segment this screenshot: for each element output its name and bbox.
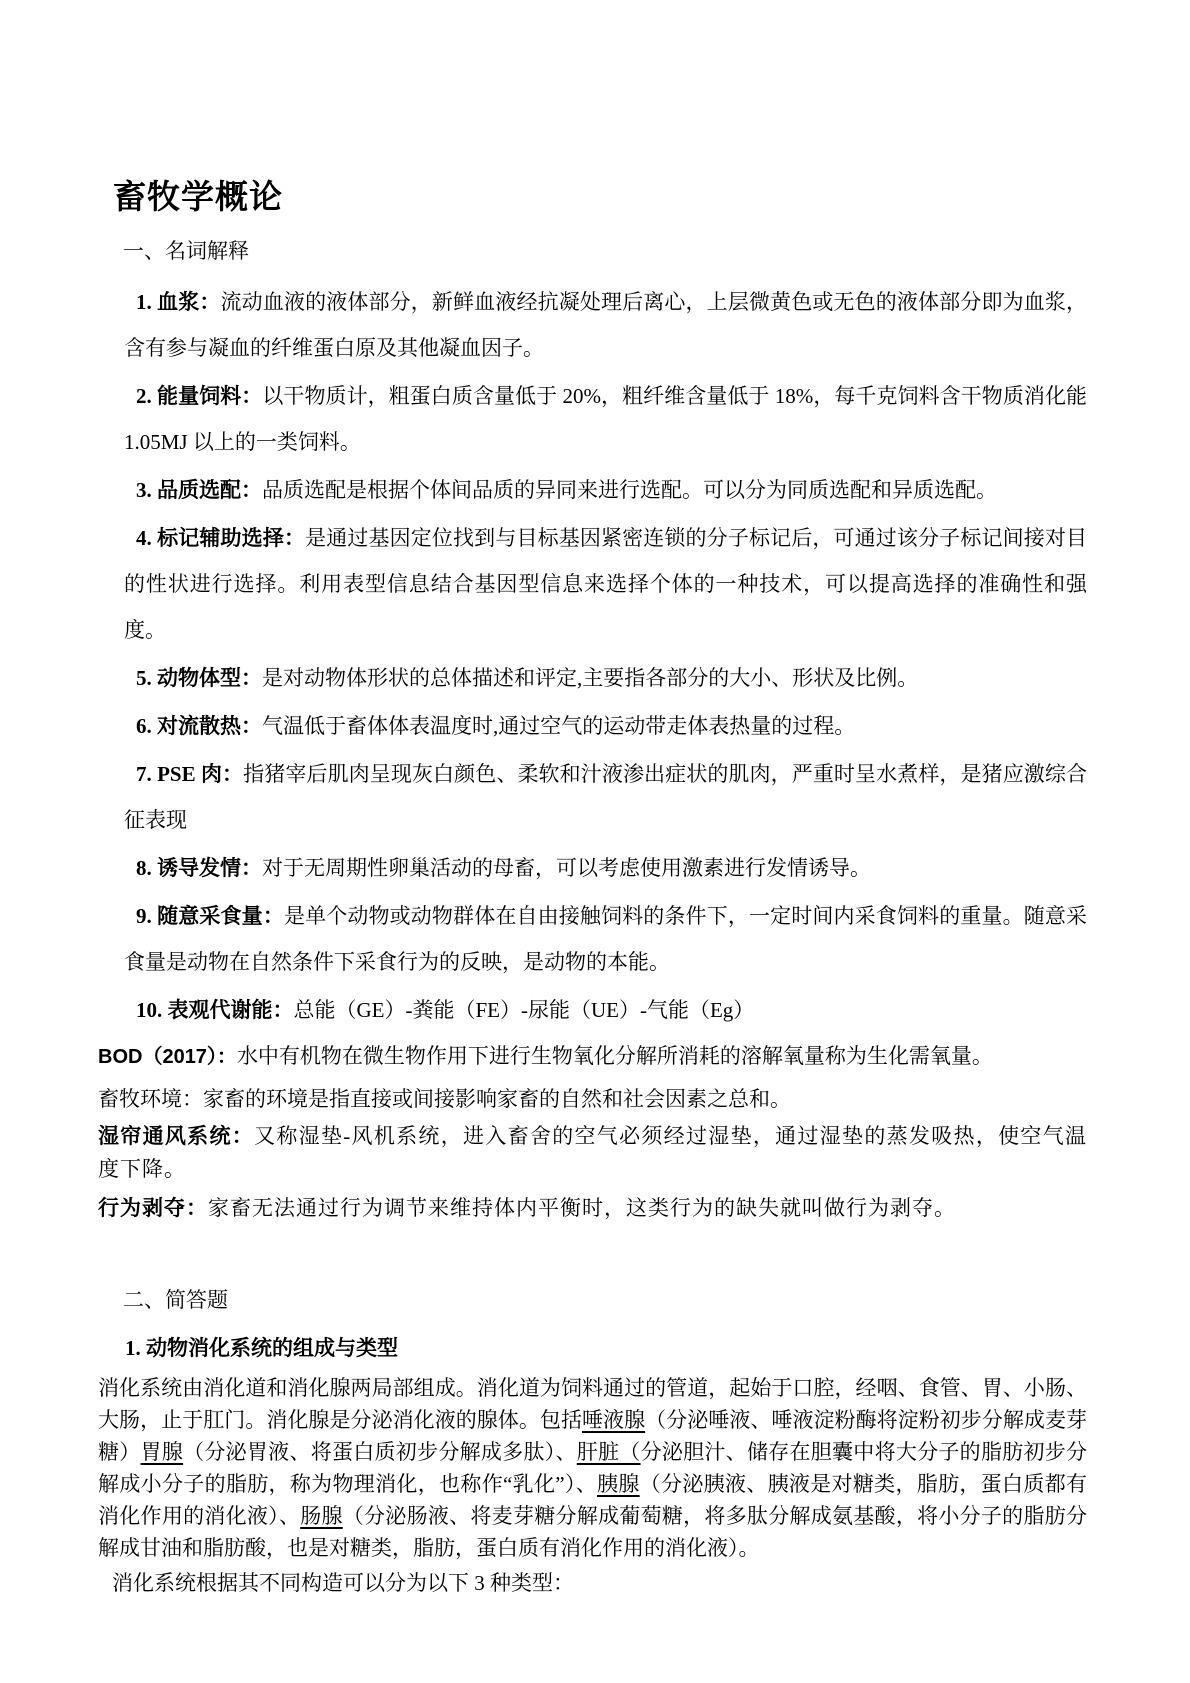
underlined-gland-name: 肝脏（ bbox=[577, 1440, 641, 1464]
glossary-term: 7. PSE 肉： bbox=[136, 762, 243, 786]
glossary-term: 2. 能量饲料： bbox=[136, 384, 262, 408]
glossary-term: 8. 诱导发情： bbox=[136, 856, 262, 880]
document-page: 畜牧学概论 一、名词解释 1. 血浆：流动血液的液体部分，新鲜血液经抗凝处理后离… bbox=[0, 0, 1190, 1683]
digestion-paragraph: 消化系统由消化道和消化腺两局部组成。消化道为饲料通过的管道，起始于口腔，经咽、食… bbox=[98, 1372, 1087, 1564]
glossary-item: 5. 动物体型：是对动物体形状的总体描述和评定,主要指各部分的大小、形状及比例。 bbox=[124, 655, 1087, 701]
section1-heading: 一、名词解释 bbox=[123, 228, 1087, 274]
glossary-definition: 对于无周期性卵巢活动的母畜，可以考虑使用激素进行发情诱导。 bbox=[262, 856, 871, 880]
glossary-term: 4. 标记辅助选择： bbox=[136, 526, 305, 550]
paragraph-text: （分泌胃液、将蛋白质初步分解成多肽）、 bbox=[183, 1440, 577, 1464]
extra-term-label: 畜牧环境： bbox=[98, 1087, 203, 1111]
extra-term-definition: 家畜无法通过行为调节来维持体内平衡时，这类行为的缺失就叫做行为剥夺。 bbox=[208, 1196, 956, 1220]
glossary-item: 8. 诱导发情：对于无周期性卵巢活动的母畜，可以考虑使用激素进行发情诱导。 bbox=[124, 845, 1087, 891]
underlined-gland-name: 唾液腺 bbox=[582, 1408, 645, 1432]
glossary-item: 10. 表观代谢能：总能（GE）-粪能（FE）-尿能（UE）-气能（Eg） bbox=[124, 987, 1087, 1033]
underlined-gland-name: 胃腺 bbox=[141, 1440, 184, 1464]
question1-title: 1. 动物消化系统的组成与类型 bbox=[125, 1325, 1087, 1371]
extra-term-item: BOD（2017）：水中有机物在微生物作用下进行生物氧化分解所消耗的溶解氧量称为… bbox=[98, 1035, 1087, 1078]
underlined-gland-name: 胰腺 bbox=[597, 1472, 640, 1496]
extra-term-item: 畜牧环境：家畜的环境是指直接或间接影响家畜的自然和社会因素之总和。 bbox=[98, 1078, 1087, 1120]
glossary-term: 5. 动物体型： bbox=[136, 666, 262, 690]
glossary-definition: 总能（GE）-粪能（FE）-尿能（UE）-气能（Eg） bbox=[294, 998, 755, 1022]
glossary-term: 10. 表观代谢能： bbox=[136, 998, 294, 1022]
glossary-definition: 气温低于畜体体表温度时,通过空气的运动带走体表热量的过程。 bbox=[262, 714, 855, 738]
glossary-term: 6. 对流散热： bbox=[136, 714, 262, 738]
extra-term-label: 湿帘通风系统： bbox=[98, 1124, 254, 1148]
glossary-item: 4. 标记辅助选择：是通过基因定位找到与目标基因紧密连锁的分子标记后，可通过该分… bbox=[124, 515, 1087, 653]
glossary-definition: 品质选配是根据个体间品质的异同来进行选配。可以分为同质选配和异质选配。 bbox=[262, 478, 997, 502]
section2-heading: 二、简答题 bbox=[123, 1277, 1087, 1323]
glossary-definition: 指猪宰后肌肉呈现灰白颜色、柔软和汁液渗出症状的肌肉，严重时呈水煮样，是猪应激综合… bbox=[124, 762, 1087, 832]
glossary-term: 1. 血浆： bbox=[136, 290, 221, 314]
glossary-item: 7. PSE 肉：指猪宰后肌肉呈现灰白颜色、柔软和汁液渗出症状的肌肉，严重时呈水… bbox=[124, 751, 1087, 843]
glossary-item: 9. 随意采食量：是单个动物或动物群体在自由接触饲料的条件下，一定时间内采食饲料… bbox=[124, 893, 1087, 985]
glossary-term: 3. 品质选配： bbox=[136, 478, 262, 502]
extra-term-item: 湿帘通风系统：又称湿垫-风机系统，进入畜舍的空气必须经过湿垫，通过湿垫的蒸发吸热… bbox=[98, 1120, 1087, 1186]
glossary-definition: 流动血液的液体部分，新鲜血液经抗凝处理后离心，上层微黄色或无色的液体部分即为血浆… bbox=[124, 290, 1087, 360]
glossary-term: 9. 随意采食量： bbox=[136, 904, 284, 928]
extra-term-definition: 家畜的环境是指直接或间接影响家畜的自然和社会因素之总和。 bbox=[203, 1087, 791, 1111]
glossary-list: 1. 血浆：流动血液的液体部分，新鲜血液经抗凝处理后离心，上层微黄色或无色的液体… bbox=[98, 279, 1087, 1033]
extra-term-label: BOD（2017）： bbox=[98, 1046, 237, 1068]
extra-terms-list: BOD（2017）：水中有机物在微生物作用下进行生物氧化分解所消耗的溶解氧量称为… bbox=[98, 1035, 1087, 1225]
glossary-item: 2. 能量饲料：以干物质计，粗蛋白质含量低于 20%，粗纤维含量低于 18%，每… bbox=[124, 373, 1087, 465]
digestion-types-intro: 消化系统根据其不同构造可以分为以下 3 种类型： bbox=[98, 1567, 1087, 1600]
extra-term-definition: 水中有机物在微生物作用下进行生物氧化分解所消耗的溶解氧量称为生化需氧量。 bbox=[237, 1044, 993, 1068]
glossary-item: 6. 对流散热：气温低于畜体体表温度时,通过空气的运动带走体表热量的过程。 bbox=[124, 703, 1087, 749]
extra-term-item: 行为剥夺：家畜无法通过行为调节来维持体内平衡时，这类行为的缺失就叫做行为剥夺。 bbox=[98, 1192, 1087, 1225]
glossary-definition: 以干物质计，粗蛋白质含量低于 20%，粗纤维含量低于 18%，每千克饲料含干物质… bbox=[124, 384, 1087, 454]
extra-term-label: 行为剥夺： bbox=[98, 1196, 208, 1220]
document-title: 畜牧学概论 bbox=[113, 180, 1087, 216]
glossary-definition: 是对动物体形状的总体描述和评定,主要指各部分的大小、形状及比例。 bbox=[262, 666, 918, 690]
glossary-item: 1. 血浆：流动血液的液体部分，新鲜血液经抗凝处理后离心，上层微黄色或无色的液体… bbox=[124, 279, 1087, 371]
glossary-item: 3. 品质选配：品质选配是根据个体间品质的异同来进行选配。可以分为同质选配和异质… bbox=[124, 467, 1087, 513]
underlined-gland-name: 肠腺 bbox=[300, 1504, 343, 1528]
